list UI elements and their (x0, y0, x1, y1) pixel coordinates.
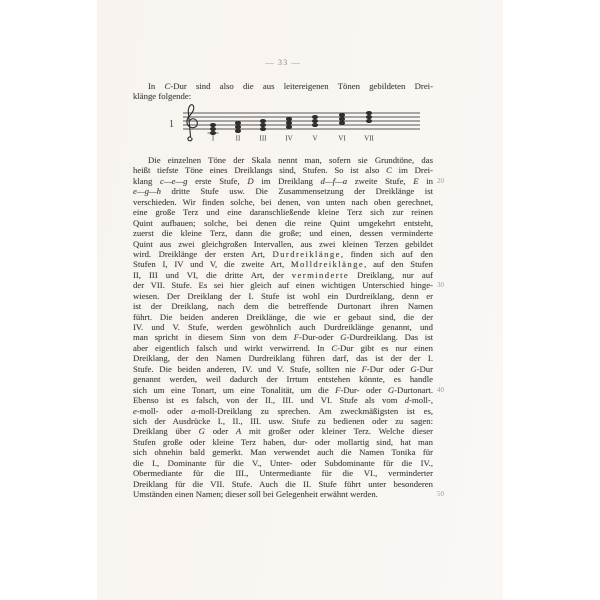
body-paragraph: Die einzelnen Töne der Skala nennt man, … (133, 155, 433, 499)
page-number: — 33 — (133, 57, 433, 67)
note-head (286, 121, 292, 125)
chord-labels-group: IIIIIIIVVVIVII (212, 135, 375, 143)
text-line: man spricht in diesem Sinn von dem F-Dur… (133, 332, 433, 342)
chord-IV (286, 117, 292, 129)
text-line: ist der Dreiklang, nach dem die betreffe… (133, 301, 433, 311)
text-line: heißt tiefste Töne eines Dreiklangs sind… (133, 165, 433, 175)
text-line: Dreiklang für die VII. Stufe. Auch die I… (133, 479, 433, 489)
note-head (339, 121, 345, 125)
margin-line-number: 20 (437, 177, 457, 186)
note-head (260, 123, 266, 127)
chord-II (235, 121, 241, 133)
note-head (210, 123, 216, 127)
text-line: der VII. Stufe. Es sei hier gleich auf e… (133, 280, 433, 290)
text-line: genannt werden, weil dadurch der Irrtum … (133, 374, 433, 384)
music-example: 1 IIIIIIIVVVIVII (165, 100, 425, 148)
chords-group (208, 111, 373, 135)
text-line: e-moll- oder a-moll-Dreiklang zu spreche… (133, 406, 433, 416)
example-number: 1 (169, 119, 174, 130)
note-head (339, 117, 345, 121)
chord-III (260, 119, 266, 131)
scan-background: — 33 — In C-Dur sind also die aus leiter… (0, 0, 600, 600)
text-line: Stufen I, IV und V, die zweite Art, Moll… (133, 259, 433, 269)
text-line: die I., Dominante für die V., Unter- ode… (133, 458, 433, 468)
text-line: wiesen. Der Dreiklang der I. Stufe ist w… (133, 291, 433, 301)
staff-lines (183, 113, 420, 129)
note-head (312, 123, 318, 127)
text-line: führt. Die beiden anderen Dreiklänge, di… (133, 312, 433, 322)
text-line: Stufe. Die beiden anderen, IV. und V. St… (133, 364, 433, 374)
note-head (235, 125, 241, 129)
text-line: Die einzelnen Töne der Skala nennt man, … (133, 155, 433, 165)
margin-line-number: 40 (437, 386, 457, 395)
text-line: sich ohnehin bald gemerkt. Man verwendet… (133, 447, 433, 457)
margin-line-number: 30 (437, 281, 457, 290)
chord-V (312, 115, 318, 127)
text-line: Umständen einen Namen; dieser soll bei G… (133, 489, 433, 499)
note-head (235, 129, 241, 133)
text-line: Dreiklang über G oder A mit großer oder … (133, 426, 433, 436)
chord-label: V (312, 135, 317, 143)
chord-VI (339, 113, 345, 125)
text-line: verschieden. Wir finden solche, bei dene… (133, 197, 433, 207)
text-line: Dreiklang, der den Namen Durdreiklang fü… (133, 353, 433, 363)
text-line: Ebenso ist es falsch, von der II., III. … (133, 395, 433, 405)
note-head (286, 125, 292, 129)
text-line: wird. Dreiklänge der ersten Art, Durdrei… (133, 249, 433, 259)
note-head (366, 111, 372, 115)
text-line: IV. und V. Stufe, werden gewöhnlich auch… (133, 322, 433, 332)
note-head (366, 119, 372, 123)
note-head (339, 113, 345, 117)
text-line: sich der Ausdrücke I., II., III. usw. St… (133, 416, 433, 426)
chord-label: III (260, 135, 268, 143)
intro-paragraph: In C-Dur sind also die aus leitereigenen… (133, 81, 433, 102)
note-head (235, 121, 241, 125)
text-line: eine große Terz und eine daranschließend… (133, 207, 433, 217)
paper-page: — 33 — In C-Dur sind also die aus leiter… (97, 0, 503, 600)
text-line: sich um eine Tonart, um eine Tonalität, … (133, 385, 433, 395)
text-line: Quint aufbauen; solche, bei denen die re… (133, 218, 433, 228)
text-line: klang c—e—g erste Stufe, D im Dreiklang … (133, 176, 433, 186)
text-line: zuerst die kleine Terz, dann die große; … (133, 228, 433, 238)
chord-label: II (236, 135, 241, 143)
note-head (366, 115, 372, 119)
note-head (286, 117, 292, 121)
text-line: II, III und VI, die dritte Art, der verm… (133, 270, 433, 280)
chord-VII (366, 111, 372, 123)
page-content: — 33 — In C-Dur sind also die aus leiter… (133, 0, 433, 600)
chord-label: VI (338, 135, 346, 143)
note-head (210, 127, 216, 131)
treble-clef-icon (187, 105, 197, 141)
text-line: Stufen große oder kleine Terz haben, dur… (133, 437, 433, 447)
text-line: Obermediante für die III., Untermediante… (133, 468, 433, 478)
chord-label: IV (285, 135, 292, 143)
margin-line-number: 50 (437, 490, 457, 499)
note-head (260, 119, 266, 123)
text-line: In C-Dur sind also die aus leitereigenen… (133, 81, 433, 91)
note-head (312, 119, 318, 123)
note-head (312, 115, 318, 119)
chord-label: I (212, 135, 215, 143)
note-head (260, 127, 266, 131)
chord-label: VII (364, 135, 374, 143)
text-line: e—g—h dritte Stufe usw. Die Zusammensetz… (133, 186, 433, 196)
text-line: aber eigentlich falsch und wirkt verwirr… (133, 343, 433, 353)
text-line: Quint aus zwei gleichgroßen Intervallen,… (133, 239, 433, 249)
